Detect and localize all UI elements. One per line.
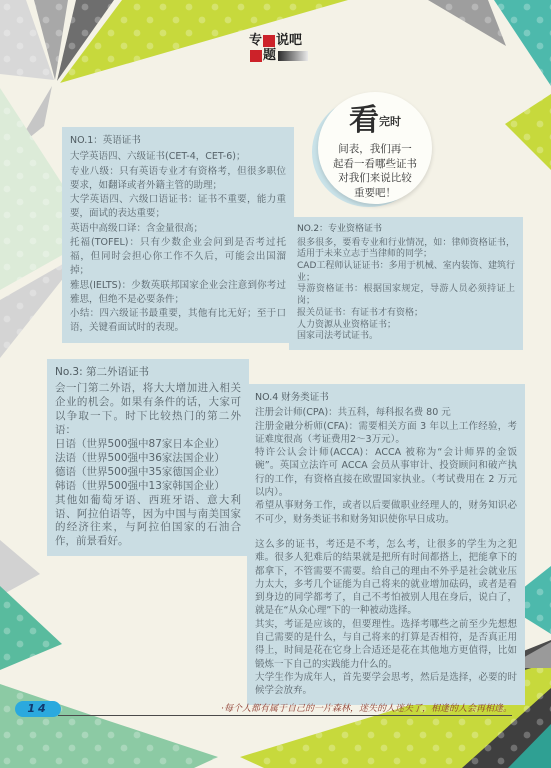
masthead-char-zhuan: 专	[249, 34, 262, 47]
text-line: 会一门第二外语，将大大增加进入相关企业的机会。如果有条件的话，大家可以争取一下。…	[55, 382, 241, 438]
masthead-logo: 专 说吧 题	[249, 33, 308, 63]
callout-text: 看完时 间表，我们再一 起看一看哪些证书 对我们来说比较 重要吧！	[318, 100, 432, 201]
magazine-page: 专 说吧 题 看完时 间表，我们再一 起看一看哪些证书 对我们来说比较 重要吧！…	[0, 0, 551, 768]
red-square-icon	[263, 35, 275, 47]
footer-rule	[58, 715, 512, 716]
masthead-word-shuoba: 说吧	[276, 34, 302, 47]
section-title: NO.2：专业资格证书	[297, 224, 515, 236]
section-title: No.3: 第二外语证书	[55, 366, 241, 380]
section-title: NO.4 财务类证书	[255, 391, 517, 404]
section-body: 会一门第二外语，将大大增加进入相关企业的机会。如果有条件的话，大家可以争取一下。…	[55, 382, 241, 549]
text-line: 日语（世界500强中87家日本企业）	[55, 438, 241, 452]
text-line: 托福(TOFEL)：只有少数企业会问到是否考过托福，但同时会担心你工作不久后，可…	[70, 236, 286, 279]
masthead-char-ti: 题	[263, 49, 276, 62]
section-second-language-certificates: No.3: 第二外语证书 会一门第二外语，将大大增加进入相关企业的机会。如果有条…	[47, 359, 249, 556]
text-line: 这么多的证书，考还是不考，怎么考，让很多的学生为之犯难。很多人犯难后的结果就是把…	[255, 538, 517, 618]
callout-big-char: 看	[349, 103, 379, 138]
callout-line: 对我们来说比较	[318, 171, 432, 186]
section-body: 很多很多，要看专业和行业情况，如：律师资格证书，适用于未来立志于当律师的同学；C…	[297, 238, 515, 343]
text-line: 韩语（世界500强中13家韩国企业）	[55, 480, 241, 494]
red-square-icon	[250, 50, 262, 62]
text-line: 专业八级：只有英语专业才有资格考，但很多职位要求，如翻译或者外籍主管的助理；	[70, 165, 286, 194]
text-line: 德语（世界500强中35家德国企业）	[55, 466, 241, 480]
callout-line: 重要吧！	[318, 186, 432, 201]
section-body: 注册会计师(CPA)：共五科，每科报名费 80 元注册金融分析师(CFA)：需要…	[255, 406, 517, 697]
text-line: 其他如葡萄牙语、西班牙语、意大利语、阿拉伯语等，因为中国与南美国家的经济往来，与…	[55, 494, 241, 550]
text-line: 英语中高级口译：含金量很高；	[70, 222, 286, 236]
page-number: 14	[27, 702, 48, 715]
callout-line: 起看一看哪些证书	[318, 157, 432, 172]
text-line: 小结：四六级证书最重要，其他有比无好；至于口语，关键看面试时的表现。	[70, 307, 286, 336]
text-line: 导游资格证书：根据国家规定，导游人员必须持证上岗；	[297, 284, 515, 307]
text-line: 希望从事财务工作，或者以后要做职业经理人的，财务知识必不可少，财务类证书和财务知…	[255, 499, 517, 526]
masthead-row-top: 专 说吧	[249, 33, 308, 48]
callout-suffix: 完时	[379, 115, 401, 128]
text-line: 大学生作为成年人，首先要学会思考，然后是选择，必要的时候学会放弃。	[255, 671, 517, 698]
text-line: 大学英语四、六级证书(CET-4，CET-6)；	[70, 150, 286, 164]
text-line: 法语（世界500强中36家法国企业）	[55, 452, 241, 466]
footer-quote: ·每个人都有属于自己的一片森林，迷失的人迷失了，相逢的人会再相逢。	[80, 701, 512, 714]
callout-line: 间表，我们再一	[318, 142, 432, 157]
text-line: 特许公认会计师(ACCA)：ACCA 被称为“会计师界的金饭碗”。英国立法许可 …	[255, 446, 517, 499]
paragraph-spacer	[255, 526, 517, 538]
masthead-row-bottom: 题	[249, 48, 308, 63]
section-finance-certificates: NO.4 财务类证书 注册会计师(CPA)：共五科，每科报名费 80 元注册金融…	[247, 384, 525, 705]
text-line: 很多很多，要看专业和行业情况，如：律师资格证书，适用于未来立志于当律师的同学；	[297, 238, 515, 261]
text-line: 国家司法考试证书。	[297, 331, 515, 343]
section-english-certificates: NO.1：英语证书 大学英语四、六级证书(CET-4，CET-6)；专业八级：只…	[62, 127, 294, 343]
text-line: CAD工程师认证证书：多用于机械、室内装饰、建筑行业；	[297, 261, 515, 284]
text-line: 其实，考证是应该的，但要理性。选择考哪些之前至少先想想自己需要的是什么，与自己将…	[255, 618, 517, 671]
section-body: 大学英语四、六级证书(CET-4，CET-6)；专业八级：只有英语专业才有资格考…	[70, 150, 286, 335]
callout-circle: 看完时 间表，我们再一 起看一看哪些证书 对我们来说比较 重要吧！	[312, 92, 434, 208]
callout-line-first: 看完时	[318, 100, 432, 142]
text-line: 报关员证书：有证书才有资格；	[297, 308, 515, 320]
gradient-bar-icon	[278, 51, 308, 61]
section-title: NO.1：英语证书	[70, 134, 286, 148]
page-number-badge: 14	[15, 701, 61, 717]
text-line: 注册会计师(CPA)：共五科，每科报名费 80 元	[255, 406, 517, 419]
section-professional-certificates: NO.2：专业资格证书 很多很多，要看专业和行业情况，如：律师资格证书，适用于未…	[289, 217, 523, 350]
text-line: 大学英语四、六级口语证书：证书不重要，能力重要，面试的表达重要；	[70, 193, 286, 222]
text-line: 注册金融分析师(CFA)：需要相关方面 3 年以上工作经验，考证难度很高（考证费…	[255, 420, 517, 447]
text-line: 人力资源从业资格证书；	[297, 320, 515, 332]
text-line: 雅思(IELTS)：少数英联邦国家企业会注意到你考过雅思，但绝不是必要条件；	[70, 279, 286, 308]
